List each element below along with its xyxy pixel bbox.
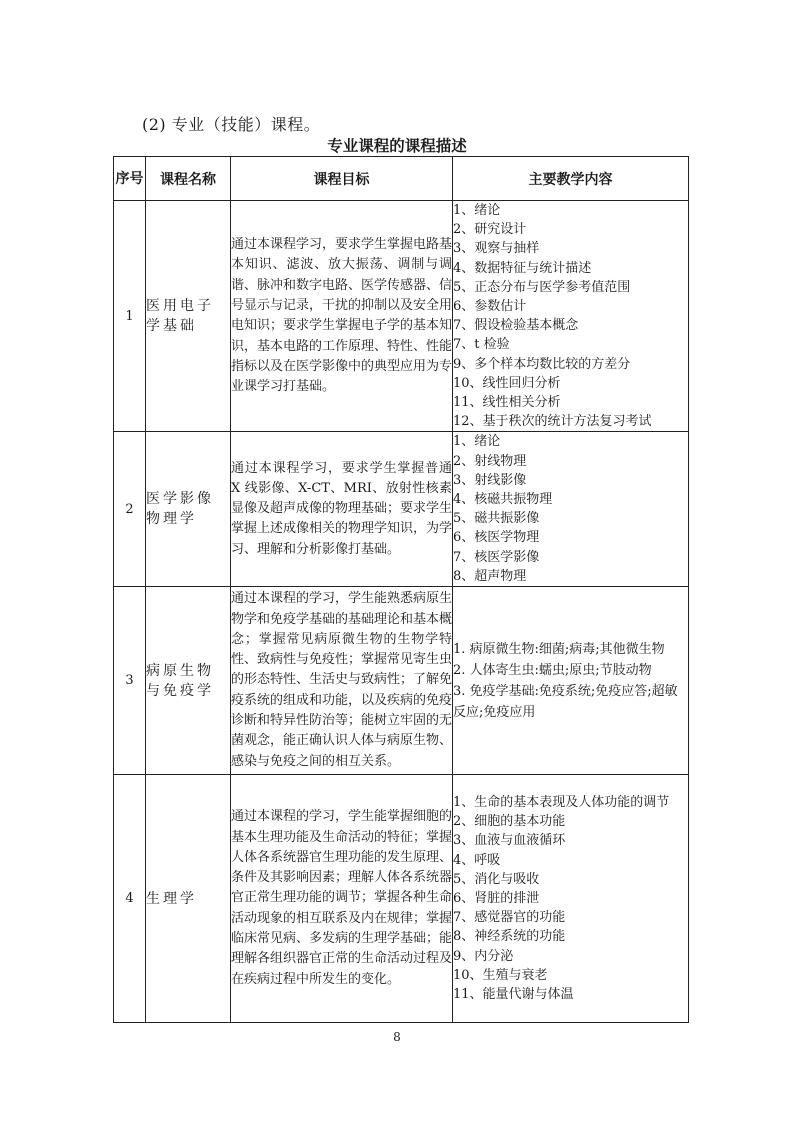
content-item: 3、观察与抽样 [453,239,688,258]
content-item: 1、绪论 [453,432,688,451]
content-item: 4、数据特征与统计描述 [453,259,688,278]
table-row: 1 医用电子学基础 通过本课程学习，要求学生掌握电路基本知识、滤波、放大振荡、调… [114,201,689,432]
row-main-content: 1. 病原微生物:细菌;病毒;其他微生物 2. 人体寄生虫:蠕虫;原虫;节肢动物… [453,587,689,775]
content-item: 2. 人体寄生虫:蠕虫;原虫;节肢动物 [453,660,688,681]
header-course-goal: 课程目标 [231,157,453,201]
course-name-text: 医学影像物理学 [146,491,214,527]
content-item: 7、核医学影像 [453,548,688,567]
content-item: 8、神经系统的功能 [453,927,688,946]
table-row: 4 生理学 通过本课程的学习，学生能掌握细胞的基本生理功能及生命活动的特征；掌握… [114,775,689,1023]
course-description-table: 序号 课程名称 课程目标 主要教学内容 1 医用电子学基础 通过本课程学习，要求… [113,156,689,1023]
row-course-goal: 通过本课程的学习，学生能掌握细胞的基本生理功能及生命活动的特征；掌握人体各系统器… [231,775,453,1023]
row-course-name: 医学影像物理学 [146,432,231,587]
content-item: 6、参数估计 [453,297,688,316]
row-course-name: 医用电子学基础 [146,201,231,432]
content-item: 3、血液与血液循环 [453,831,688,850]
row-course-goal: 通过本课程的学习，学生能熟悉病原生物学和免疫学基础的基础理论和基本概念；掌握常见… [231,587,453,775]
content-item: 4、核磁共振物理 [453,490,688,509]
content-item: 7、假设检验基本概念 [453,316,688,335]
header-seq: 序号 [114,157,146,201]
content-item: 9、内分泌 [453,947,688,966]
section-heading: (2) 专业（技能）课程。 [142,112,320,135]
content-item: 5、正态分布与医学参考值范围 [453,278,688,297]
content-item: 4、呼吸 [453,851,688,870]
header-main-content: 主要教学内容 [453,157,689,201]
table-header-row: 序号 课程名称 课程目标 主要教学内容 [114,157,689,201]
row-main-content: 1、生命的基本表现及人体功能的调节 2、细胞的基本功能 3、血液与血液循环 4、… [453,775,689,1023]
page-number: 8 [0,1030,794,1044]
content-item: 12、基于秩次的统计方法复习考试 [453,412,688,431]
content-item: 9、多个样本均数比较的方差分 [453,355,688,374]
content-item: 11、线性相关分析 [453,393,688,412]
row-course-name: 病原生物与免疫学 [146,587,231,775]
row-course-goal: 通过本课程学习，要求学生掌握普通 X 线影像、X-CT、MRI、放射性核素显像及… [231,432,453,587]
content-item: 10、线性回归分析 [453,374,688,393]
content-item: 10、生殖与衰老 [453,966,688,985]
content-item: 7、感觉器官的功能 [453,908,688,927]
content-item: 2、射线物理 [453,452,688,471]
row-seq: 2 [114,432,146,587]
row-course-name: 生理学 [146,775,231,1023]
table-row: 2 医学影像物理学 通过本课程学习，要求学生掌握普通 X 线影像、X-CT、MR… [114,432,689,587]
row-seq: 4 [114,775,146,1023]
course-name-text: 医用电子学基础 [146,298,214,334]
content-item: 7、t 检验 [453,335,688,354]
row-main-content: 1、绪论 2、研究设计 3、观察与抽样 4、数据特征与统计描述 5、正态分布与医… [453,201,689,432]
content-item: 5、消化与吸收 [453,870,688,889]
course-name-text: 病原生物与免疫学 [146,663,214,699]
content-item: 6、肾脏的排泄 [453,889,688,908]
header-course-name: 课程名称 [146,157,231,201]
row-seq: 1 [114,201,146,432]
content-item: 3. 免疫学基础:免疫系统;免疫应答;超敏反应;免疫应用 [453,681,688,723]
content-item: 1、绪论 [453,201,688,220]
table-row: 3 病原生物与免疫学 通过本课程的学习，学生能熟悉病原生物学和免疫学基础的基础理… [114,587,689,775]
course-name-text: 生理学 [146,891,197,907]
content-item: 8、超声物理 [453,567,688,586]
content-item: 3、射线影像 [453,471,688,490]
table-caption: 专业课程的课程描述 [0,134,794,156]
content-item: 2、细胞的基本功能 [453,812,688,831]
content-item: 11、能量代谢与体温 [453,985,688,1004]
content-item: 5、磁共振影像 [453,509,688,528]
row-course-goal: 通过本课程学习，要求学生掌握电路基本知识、滤波、放大振荡、调制与调谐、脉冲和数字… [231,201,453,432]
content-item: 1、生命的基本表现及人体功能的调节 [453,793,688,812]
content-item: 2、研究设计 [453,220,688,239]
row-main-content: 1、绪论 2、射线物理 3、射线影像 4、核磁共振物理 5、磁共振影像 6、核医… [453,432,689,587]
content-item: 6、核医学物理 [453,528,688,547]
row-seq: 3 [114,587,146,775]
content-item: 1. 病原微生物:细菌;病毒;其他微生物 [453,639,688,660]
